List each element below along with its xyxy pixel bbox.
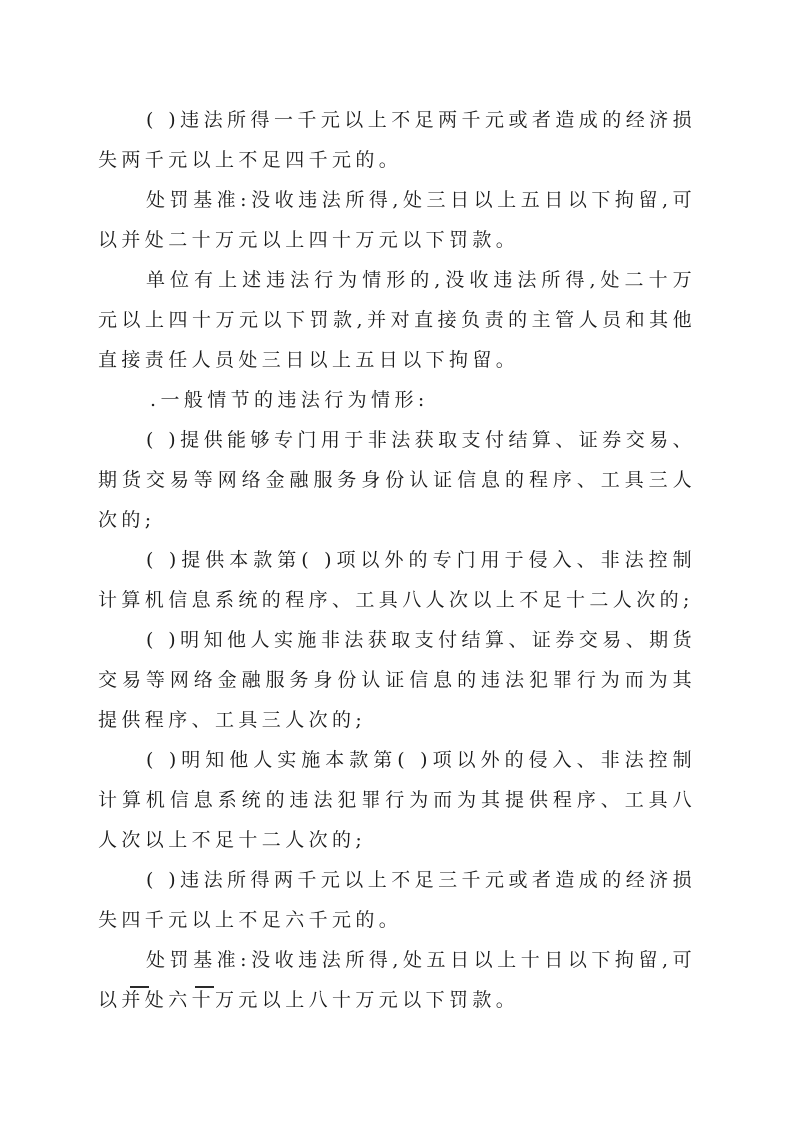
paragraph-item-knowingly-provide-intrusion: ( )明知他人实施本款第( )项以外的侵入、非法控制计算机信息系统的违法犯罪行为… [98, 740, 696, 860]
paragraph-unit-liability: 单位有上述违法行为情形的,没收违法所得,处二十万元以上四十万元以下罚款,并对直接… [98, 260, 696, 380]
paragraph-item-illegal-gain-2000-3000: ( )违法所得两千元以上不足三千元或者造成的经济损失四千元以上不足六千元的。 [98, 860, 696, 940]
paragraph-item-intrusion-tools: ( )提供本款第( )项以外的专门用于侵入、非法控制计算机信息系统的程序、工具八… [98, 540, 696, 620]
paragraph-item-financial-auth-tools: ( )提供能够专门用于非法获取支付结算、证券交易、期货交易等网络金融服务身份认证… [98, 420, 696, 540]
section-heading-general-circumstances: .一般情节的违法行为情形: [98, 380, 696, 420]
paragraph-penalty-standard-1: 处罚基准:没收违法所得,处三日以上五日以下拘留,可以并处二十万元以上四十万元以下… [98, 180, 696, 260]
footer-dash-left [130, 986, 149, 988]
document-page: ( )违法所得一千元以上不足两千元或者造成的经济损失两千元以上不足四千元的。 处… [98, 100, 696, 1020]
page-footer [0, 978, 793, 998]
footer-dash-right [195, 986, 214, 988]
paragraph-item-illegal-gain-1000-2000: ( )违法所得一千元以上不足两千元或者造成的经济损失两千元以上不足四千元的。 [98, 100, 696, 180]
paragraph-item-knowingly-provide-financial: ( )明知他人实施非法获取支付结算、证券交易、期货交易等网络金融服务身份认证信息… [98, 620, 696, 740]
